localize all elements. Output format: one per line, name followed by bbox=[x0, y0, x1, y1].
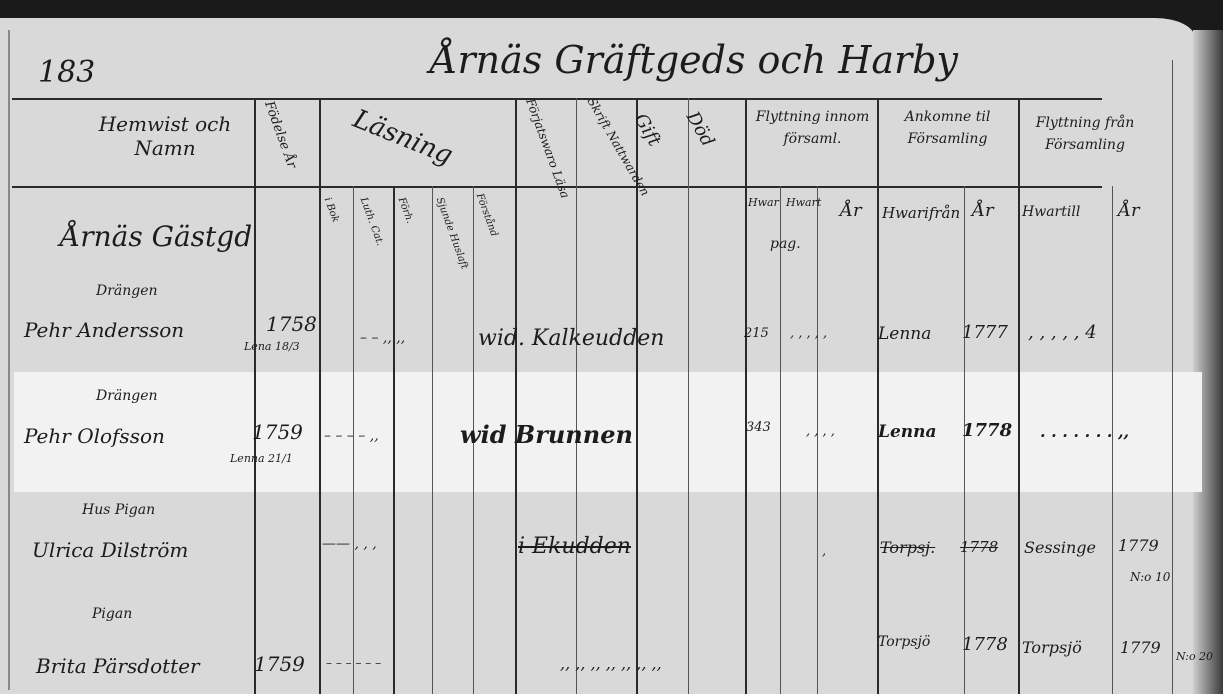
entry-birth-year: 1759 bbox=[254, 652, 305, 676]
entry-communion-struck: i Ekudden bbox=[518, 534, 631, 559]
page-title: Årnäs Gräftgeds och Harby bbox=[430, 38, 958, 82]
entry-pag: 215 bbox=[744, 326, 769, 341]
entry-communion: ,, ,, ,, ,, ,, ,, ,, bbox=[560, 654, 662, 673]
header-ankomne: Ankomne til Församling bbox=[880, 106, 1015, 150]
entry-ankomne-from: Lenna bbox=[878, 324, 931, 344]
page-edge bbox=[1193, 30, 1223, 694]
section-place: Årnäs Gästgd bbox=[60, 220, 252, 253]
entry-role: Pigan bbox=[92, 606, 132, 622]
entry-communion: wid Brunnen bbox=[460, 420, 633, 449]
subheader-innom-3: År bbox=[840, 200, 862, 221]
entry-fran-to: Sessinge bbox=[1024, 538, 1096, 557]
entry-reading-marks: – – – – – – bbox=[326, 656, 381, 670]
page-number: 183 bbox=[38, 55, 95, 90]
entry-role: Hus Pigan bbox=[82, 502, 155, 518]
subheader-fran-0: Hwartill bbox=[1022, 204, 1080, 220]
entry-ankomne-year: 1778 bbox=[962, 420, 1012, 441]
entry-fran-to: Torpsjö bbox=[1022, 638, 1082, 657]
entry-reading-marks: —— , , , bbox=[322, 536, 377, 552]
subheader-fran-1: År bbox=[1118, 200, 1140, 221]
col-rule bbox=[432, 186, 433, 694]
entry-ankomne-year: 1778 bbox=[960, 538, 998, 556]
col-rule bbox=[1018, 98, 1020, 694]
entry-birth-year: 1759 bbox=[252, 420, 303, 444]
entry-name: Ulrica Dilström bbox=[32, 538, 188, 562]
entry-birth-note: Lena 18/3 bbox=[244, 340, 300, 353]
col-rule bbox=[745, 98, 747, 694]
entry-communion: wid. Kalkeudden bbox=[478, 326, 664, 351]
col-rule bbox=[515, 98, 517, 694]
entry-flytt-marks: , , , , bbox=[806, 424, 835, 439]
entry-fran-year: 1779 bbox=[1120, 638, 1161, 657]
entry-birth-note: Lenna 21/1 bbox=[230, 452, 293, 465]
entry-reading-marks: – – ,, ,, bbox=[360, 330, 405, 346]
entry-fran-marks: . . . . . . . ,, bbox=[1040, 422, 1129, 441]
entry-fran-no: N:o 10 bbox=[1130, 570, 1170, 584]
entry-ankomne-from: Torpsjö bbox=[878, 634, 930, 650]
entry-flytt-marks: , , , , , bbox=[790, 326, 827, 341]
entry-ankomne-from: Lenna bbox=[878, 422, 937, 442]
entry-name: Pehr Andersson bbox=[24, 318, 184, 342]
entry-reading-marks: – – – – ,, bbox=[324, 428, 379, 444]
left-margin-line bbox=[8, 30, 10, 690]
col-rule bbox=[780, 186, 781, 694]
entry-ankomne-year: 1778 bbox=[962, 634, 1008, 655]
col-rule bbox=[688, 98, 689, 694]
col-rule bbox=[319, 98, 321, 694]
entry-fran-no: N:o 20 bbox=[1176, 650, 1213, 663]
subheader-ankomne-0: Hwarifrån bbox=[882, 204, 960, 222]
subheader-innom-0: Hwar bbox=[748, 196, 779, 209]
col-rule bbox=[393, 186, 395, 694]
entry-name: Pehr Olofsson bbox=[24, 424, 165, 448]
entry-pag: 343 bbox=[746, 420, 771, 435]
entry-flytt-marks: , bbox=[822, 544, 826, 559]
entry-role: Drängen bbox=[96, 388, 158, 404]
header-flyttning-innom: Flyttning innom församl. bbox=[750, 106, 875, 150]
subheader-innom-1: pag. bbox=[770, 236, 801, 252]
header-flyttning-fran: Flyttning från Församling bbox=[1020, 112, 1150, 156]
entry-role: Drängen bbox=[96, 283, 158, 299]
col-rule bbox=[817, 186, 818, 694]
col-rule bbox=[1172, 60, 1173, 694]
col-rule bbox=[576, 98, 577, 694]
col-rule bbox=[254, 98, 256, 694]
entry-ankomne-from: Torpsj. bbox=[880, 538, 935, 557]
subheader-ankomne-1: År bbox=[972, 200, 994, 221]
entry-ankomne-year: 1777 bbox=[962, 322, 1008, 343]
subheader-innom-2: Hwart bbox=[786, 196, 821, 209]
entry-fran-year: 1779 bbox=[1118, 536, 1159, 555]
header-top-rule bbox=[12, 98, 1102, 100]
entry-birth-year: 1758 bbox=[266, 312, 317, 336]
header-hemwist: Hemwist och Namn bbox=[95, 112, 235, 160]
entry-name: Brita Pärsdotter bbox=[36, 654, 200, 678]
col-rule bbox=[877, 98, 879, 694]
entry-fran-marks: , , , , , 4 bbox=[1028, 322, 1097, 343]
